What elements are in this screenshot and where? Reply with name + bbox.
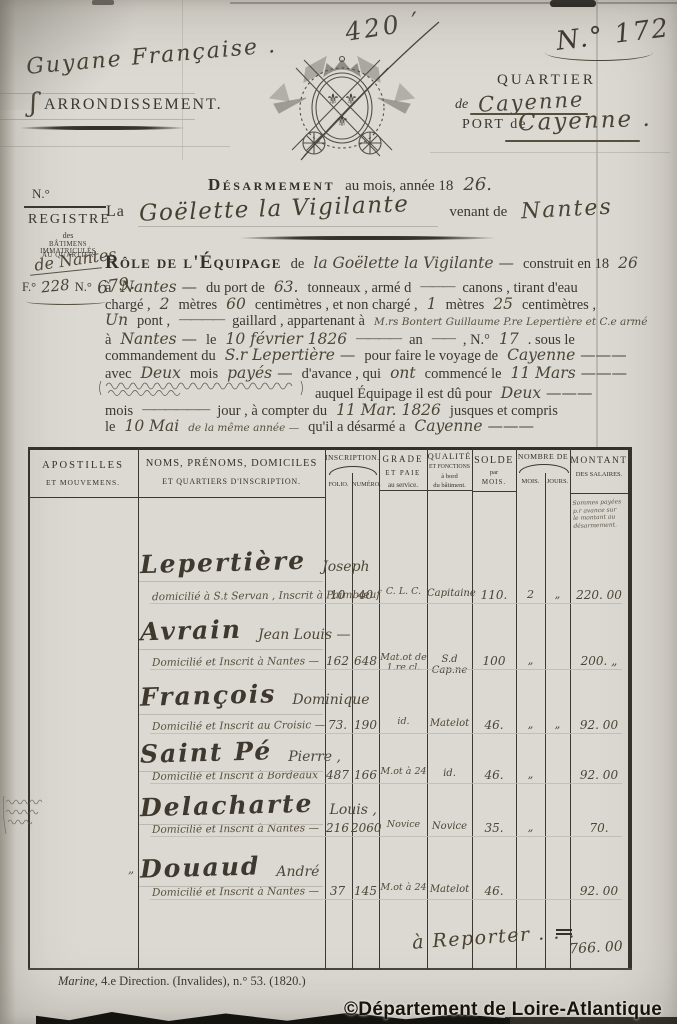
text-segment: ———— — [356, 330, 400, 346]
crew-mois: „ — [516, 654, 545, 667]
role-paragraph-line: commandement duS.r Lepertière —pour fair… — [105, 346, 667, 365]
note-line: désarmement. — [573, 521, 627, 530]
disarm-title-line: Désarmement au mois, année 18 26. — [115, 174, 585, 195]
crew-qualite: S.d Cap.ne — [427, 654, 472, 676]
rule-under-arrondissement — [20, 126, 185, 130]
header-line: MOIS. — [472, 478, 516, 486]
grade-line: id. — [380, 717, 427, 727]
header-line: MONTANT — [570, 456, 628, 466]
crew-firstname: Pierre , — [288, 749, 341, 765]
crew-name-line: Delacharte Louis , — [140, 791, 377, 820]
text-segment: 10 Mai — [124, 417, 179, 435]
total-label: à Reporter . . . — [411, 920, 576, 953]
table-border-top — [28, 447, 632, 450]
doc-number-flourish — [545, 44, 653, 61]
quartier-de: de — [455, 97, 468, 113]
crew-name-line: Saint Pé Pierre , — [140, 738, 341, 767]
scanned-document-page: Guyane Française . ARRONDISSEMENT. ʃ — [0, 0, 677, 1024]
crew-jours: „ — [545, 718, 570, 731]
crew-grade: M.ot à 24 — [380, 767, 427, 777]
crew-surname: François — [140, 679, 277, 712]
crew-jours: „ — [545, 588, 570, 601]
col-line — [427, 447, 428, 970]
header-numero: NUMÉRO. — [352, 481, 379, 488]
col-line — [379, 447, 380, 970]
col-line — [516, 447, 517, 970]
header-line: ET FONCTIONS — [427, 464, 472, 470]
crew-grade: C. L. C. — [380, 587, 427, 597]
role-paragraph-line: Rôle de l'Équipagedela Goëlette la Vigil… — [105, 252, 667, 274]
crew-name-line: Avrain Jean Louis — — [140, 616, 351, 645]
crew-solde: 46. — [472, 884, 516, 898]
crew-domicile: Domicilié et Inscrit à Nantes — — [152, 655, 319, 669]
text-segment: 63. — [274, 278, 299, 296]
crew-folio: 487 — [323, 768, 352, 782]
header-apostilles: APOSTILLES ET MOUVEMENS. — [28, 460, 138, 487]
row-baseline — [150, 603, 622, 604]
crew-folio: 37 — [323, 884, 352, 898]
crew-surname: Delacharte — [140, 789, 314, 823]
role-paragraph-line: Unpont ,————gaillard , appartenant àM.rs… — [105, 311, 667, 330]
crew-domicile: domicilié à S.t Servan , Inscrit à Paimb… — [152, 589, 380, 603]
header-line: NOMS, PRÉNOMS, DOMICILES — [138, 458, 325, 469]
col-line — [138, 447, 139, 970]
vertical-crease — [182, 0, 183, 160]
header-line: du bâtiment. — [427, 482, 472, 489]
header-line: par — [472, 469, 516, 476]
header-rule — [379, 490, 472, 491]
text-segment: Nantes — — [120, 278, 197, 296]
rule-under-ship — [240, 236, 495, 240]
text-segment: —— — [432, 330, 454, 346]
header-nombre: NOMBRE DE — [516, 452, 570, 461]
crew-domicile: Domicilié et Inscrit à Nantes — — [152, 885, 319, 899]
ship-line: La Goëlette la Vigilante venant de Nante… — [106, 196, 646, 222]
crew-mois: „ — [516, 821, 545, 834]
table-border-right — [628, 447, 632, 970]
inscription-brace — [329, 466, 377, 475]
header-grade: GRADE ET PAIE au service. — [379, 454, 427, 489]
crew-qualite: Capitaine — [427, 588, 472, 599]
row-baseline — [150, 733, 622, 734]
registre-title: REGISTRE — [28, 212, 108, 228]
port-value: Cayenne . — [518, 106, 653, 137]
registre-des: des — [28, 231, 108, 240]
text-segment: Cayenne ——— — [507, 346, 627, 364]
total-double-bar — [556, 933, 572, 935]
crew-mois: 2 — [516, 588, 545, 601]
text-segment: la Goëlette la Vigilante — — [313, 254, 514, 272]
port-underline — [505, 140, 640, 142]
crew-solde: 100 — [472, 654, 516, 668]
crew-numero: 145 — [351, 884, 380, 898]
crew-mois: „ — [516, 718, 545, 731]
crew-qualite: Matelot — [427, 884, 472, 895]
text-segment: M.rs Bontert Guillaume P.re Lepertière e… — [374, 316, 648, 328]
header-line: GRADE — [379, 454, 427, 464]
header-mois: MOIS. — [516, 478, 545, 485]
crew-solde: 35. — [472, 821, 516, 835]
ruled-line — [430, 152, 670, 153]
row-baseline — [150, 783, 622, 784]
nombre-brace — [519, 464, 569, 473]
text-segment: de — [291, 256, 305, 273]
text-segment: qu'il a désarmé a — [308, 419, 405, 436]
text-segment: d'avance , qui — [302, 366, 382, 383]
crew-name-line: François Dominique — [140, 681, 370, 710]
folio-value: 228 — [40, 276, 70, 297]
header-rule — [28, 497, 325, 498]
header-line: ET QUARTIERS D'INSCRIPTION. — [138, 477, 325, 486]
header-line: SOLDE — [472, 455, 516, 466]
text-segment: ——— — [420, 278, 453, 294]
header-solde: SOLDE par MOIS. — [472, 455, 516, 486]
table-border-bottom — [28, 968, 632, 970]
col-line — [472, 447, 473, 970]
crew-folio: 10 — [323, 588, 352, 602]
grade-line: M.ot à 24 — [380, 883, 427, 893]
top-left-corner-shade — [0, 0, 160, 110]
montant-annotation: Sommes payéesp.r avance surle montant au… — [572, 498, 627, 530]
crew-mois: „ — [516, 768, 545, 781]
crew-qualite: id. — [427, 768, 472, 779]
ship-la: La — [106, 203, 125, 221]
row-baseline — [139, 714, 323, 715]
row-baseline — [150, 669, 622, 670]
crew-firstname: André — [276, 864, 319, 880]
header-jours: JOURS. — [545, 478, 570, 485]
text-segment: 11 Mars ——— — [511, 364, 628, 382]
crew-surname: Avrain — [140, 615, 243, 647]
venant-label: venant de — [449, 204, 507, 221]
total-value: 766. 00 — [566, 938, 627, 957]
header-noms: NOMS, PRÉNOMS, DOMICILES ET QUARTIERS D'… — [138, 458, 325, 486]
header-line: ET PAIE — [379, 469, 427, 477]
col-line — [570, 447, 571, 970]
crew-montant: 200. „ — [570, 654, 628, 668]
role-paragraph-line: le10 Maide la même année —qu'il a désarm… — [105, 417, 667, 436]
row-baseline — [139, 649, 323, 650]
row-baseline — [150, 899, 622, 900]
crew-solde: 46. — [472, 718, 516, 732]
text-segment: ont — [390, 364, 416, 382]
crew-firstname: Dominique — [292, 692, 369, 708]
header-line: QUALITÉ — [427, 451, 472, 461]
crew-domicile: Domicilié et Inscrit à Nantes — — [152, 822, 319, 836]
row-baseline — [139, 824, 323, 825]
row-baseline — [139, 771, 323, 772]
col-line — [545, 473, 546, 970]
imprint-line: Marine, 4.e Direction. (Invalides), n.° … — [58, 974, 306, 989]
margin-mark: „ — [128, 862, 134, 876]
grade-line: Novice — [380, 820, 427, 830]
table-border-left — [28, 447, 30, 970]
imprint-marine: Marine, — [58, 974, 98, 988]
interline-annotation-scribble — [98, 378, 304, 405]
ruled-line — [0, 146, 230, 147]
text-segment: Un — [105, 311, 128, 329]
text-segment: de la même année — — [188, 422, 299, 434]
folio-label: F.° — [22, 280, 36, 295]
header-inscription: INSCRIPTION. — [325, 453, 379, 462]
text-segment: commandement du — [105, 348, 216, 365]
ruled-line — [0, 119, 195, 120]
crew-numero: 40 — [351, 588, 380, 602]
col-line — [352, 473, 353, 970]
text-segment: Deux ——— — [501, 384, 593, 402]
crew-qualite: Matelot — [427, 718, 472, 729]
crew-surname: Lepertière — [140, 546, 307, 579]
header-montant: MONTANT DES SALAIRES. — [570, 456, 628, 478]
num-label: N.° — [75, 280, 92, 295]
crew-montant: 220. 00 — [570, 588, 628, 602]
crew-grade: Mat.ot de1.re cl. — [380, 653, 427, 673]
crew-folio: 162 — [323, 654, 352, 668]
crew-grade: M.ot à 24 — [380, 883, 427, 893]
top-right-smudge — [550, 0, 596, 7]
row-baseline — [150, 836, 622, 837]
crew-name-line: Douaud André — [140, 853, 319, 882]
header-line: à bord — [427, 473, 472, 480]
archive-watermark: ©Département de Loire-Atlantique — [344, 999, 662, 1021]
crew-domicile: Domicilié et Inscrit à Bordeaux — [152, 769, 318, 783]
text-segment: pour faire le voyage de — [364, 348, 498, 365]
header-line: au service. — [379, 481, 427, 489]
origin-value: Nantes — [521, 195, 614, 225]
crew-montant: 92. 00 — [570, 718, 628, 732]
text-segment: construit en 18 — [523, 256, 609, 273]
registre-bottom-flourish — [26, 298, 106, 305]
crew-name-line: Lepertière Joseph — [140, 548, 370, 577]
grade-line: C. L. C. — [380, 587, 427, 597]
text-segment: Rôle de l'Équipage — [105, 252, 282, 274]
row-baseline — [139, 581, 323, 582]
grade-line: Mat.ot de — [380, 653, 427, 663]
col-line — [325, 447, 326, 970]
header-line: ET MOUVEMENS. — [28, 478, 138, 487]
crew-numero: 2060 — [351, 821, 380, 835]
ship-name: Goëlette la Vigilante — [139, 191, 410, 226]
crew-grade: Novice — [380, 820, 427, 830]
crew-montant: 92. 00 — [570, 884, 628, 898]
text-segment: le — [105, 419, 115, 436]
header-qualite: QUALITÉ ET FONCTIONS à bord du bâtiment. — [427, 451, 472, 489]
registre-rule — [24, 206, 106, 208]
total-double-bar — [556, 929, 572, 931]
crew-surname: Douaud — [140, 851, 261, 883]
text-segment: 26 — [618, 254, 638, 272]
left-edge-shadow — [0, 0, 16, 1024]
crew-numero: 190 — [351, 718, 380, 732]
crew-firstname: Jean Louis — — [258, 627, 351, 643]
ship-name-baseline — [138, 226, 438, 227]
crew-firstname: Joseph — [322, 559, 370, 575]
crew-numero: 648 — [351, 654, 380, 668]
crew-montant: 70. — [570, 821, 628, 835]
text-segment: ———— — [179, 311, 223, 327]
header-rule — [472, 491, 516, 492]
crew-solde: 110. — [472, 588, 516, 602]
crew-montant: 92. 00 — [570, 768, 628, 782]
crew-folio: 73. — [323, 718, 352, 732]
top-edge-line — [230, 2, 677, 4]
text-segment: commencé le — [425, 366, 502, 383]
text-segment: gaillard , appartenant à — [232, 313, 365, 330]
crew-surname: Saint Pé — [140, 736, 273, 768]
grade-line: M.ot à 24 — [380, 767, 427, 777]
crew-folio: 216 — [323, 821, 352, 835]
imprint-rest: 4.e Direction. (Invalides), n.° 53. (182… — [98, 974, 306, 988]
text-segment: S.r Lepertière — — [225, 346, 356, 364]
disarm-word: Désarmement — [208, 175, 335, 195]
crew-domicile: Domicilié et Inscrit au Croisic — — [152, 719, 325, 733]
registre-no-label: N.° — [32, 186, 50, 202]
disarm-year: 26. — [463, 174, 492, 195]
header-line: DES SALAIRES. — [570, 471, 628, 478]
text-segment: Cayenne ——— — [414, 417, 534, 435]
row-baseline — [139, 886, 323, 887]
header-folio: FOLIO. — [325, 481, 352, 488]
header-rule — [570, 493, 628, 494]
grade-line: 1.re cl. — [380, 663, 427, 673]
text-segment: pont , — [137, 313, 170, 330]
header-line: APOSTILLES — [28, 460, 138, 471]
crew-grade: id. — [380, 717, 427, 727]
crew-numero: 166 — [351, 768, 380, 782]
crew-qualite: Novice — [427, 821, 472, 832]
crew-solde: 46. — [472, 768, 516, 782]
